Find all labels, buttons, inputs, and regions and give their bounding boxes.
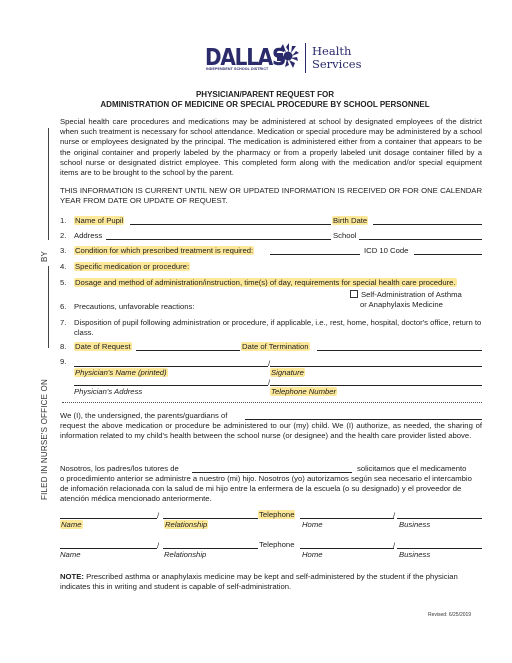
logo-division: Health Services (312, 45, 362, 71)
item-number: 6. (60, 302, 70, 312)
form-title-line1: PHYSICIAN/PARENT REQUEST FOR (40, 90, 490, 99)
signature-field[interactable] (270, 366, 482, 367)
telephone-number-label: Telephone Number (270, 387, 337, 396)
margin-by-line[interactable] (48, 128, 49, 240)
dallas-wordmark: DALLAS INDEPENDENT SCHOOL DISTRICT (205, 41, 297, 75)
slash-separator: / (157, 511, 163, 521)
physician-address-label: Physician's Address (74, 387, 254, 397)
revised-date: Revised: 6/25/2019 (428, 612, 471, 618)
guardian1-home-label: Home (302, 520, 362, 530)
guardian1-name-field[interactable] (60, 518, 157, 519)
guardian1-name-label: Name (60, 520, 83, 529)
form-page: DALLAS INDEPENDENT SCHOOL DISTRICT Healt… (0, 0, 512, 663)
guardian1-relationship-field[interactable] (163, 518, 258, 519)
precautions-label: Precautions, unfavorable reactions: (74, 302, 482, 312)
guardian2-relationship-field[interactable] (163, 548, 258, 549)
parent-consent-spanish: o procedimiento anterior se administre a… (60, 474, 482, 505)
note-text: Prescribed asthma or anaphylaxis medicin… (60, 572, 458, 591)
birth-date-label: Birth Date (332, 216, 368, 225)
note-label: NOTE: (60, 572, 84, 581)
logo-subtitle: INDEPENDENT SCHOOL DISTRICT (206, 67, 268, 71)
name-of-pupil-label: Name of Pupil (74, 216, 124, 225)
parent-consent-lead-text: We (I), the undersigned, the parents/gua… (60, 411, 227, 420)
item-number: 2. (60, 231, 70, 241)
icd-code-field[interactable] (414, 254, 482, 255)
date-of-termination-label: Date of Termination (241, 342, 310, 351)
item-number: 4. (60, 262, 70, 272)
physician-name-field[interactable] (74, 366, 268, 367)
telephone-number-field[interactable] (270, 385, 482, 386)
slash-separator: / (157, 541, 163, 551)
guardian1-telephone-label: Telephone (258, 510, 295, 519)
name-of-pupil-field[interactable] (130, 224, 331, 225)
validity-notice: THIS INFORMATION IS CURRENT UNTIL NEW OR… (60, 186, 482, 206)
self-admin-checkbox[interactable] (350, 290, 358, 298)
telephone-number-wrap: Telephone Number (270, 387, 390, 397)
date-of-termination-field[interactable] (317, 350, 482, 351)
date-of-request-field[interactable] (136, 350, 240, 351)
star-burst-icon (277, 43, 299, 69)
signature-wrap: Signature (270, 368, 390, 378)
item-number: 9. (60, 357, 70, 367)
birth-date-field[interactable] (373, 224, 482, 225)
child-name-field-english[interactable] (245, 419, 482, 420)
condition-field[interactable] (270, 254, 360, 255)
date-of-request-label: Date of Request (74, 342, 132, 351)
parent-consent-spanish-lead: Nosotros, los padres/los tutores de (60, 464, 179, 473)
signature-label: Signature (270, 368, 305, 377)
physician-name-wrap: Physician's Name (printed) (74, 368, 254, 378)
cut-line-divider (62, 402, 482, 403)
note-paragraph: NOTE: Prescribed asthma or anaphylaxis m… (60, 572, 475, 592)
parent-consent-english: request the above medication or procedur… (60, 421, 482, 441)
disposition-label: Disposition of pupil following administr… (74, 318, 482, 338)
guardian1-relationship-label: Relationship (164, 520, 208, 529)
margin-filed-on-line[interactable] (48, 266, 49, 348)
physician-address-field[interactable] (74, 385, 268, 386)
item-number: 3. (60, 246, 70, 256)
item-number: 7. (60, 318, 70, 328)
item-number: 8. (60, 342, 70, 352)
item-number: 5. (60, 278, 70, 288)
child-name-field-spanish[interactable] (192, 472, 352, 473)
guardian1-relationship-wrap: Relationship (164, 520, 244, 530)
item-number: 1. (60, 216, 70, 226)
guardian1-business-label: Business (399, 520, 459, 530)
parent-consent-spanish-after: solicitamos que el medicamento (357, 464, 487, 474)
address-field[interactable] (106, 239, 331, 240)
intro-paragraph: Special health care procedures and medic… (60, 117, 482, 178)
margin-filed-label: FILED IN NURSE'S OFFICE ON (40, 379, 49, 500)
dosage-label: Dosage and method of administration/inst… (74, 278, 457, 287)
physician-name-label: Physician's Name (printed) (74, 368, 168, 377)
guardian2-home-phone-field[interactable] (300, 548, 394, 549)
guardian1-business-phone-field[interactable] (397, 518, 482, 519)
guardian2-business-phone-field[interactable] (397, 548, 482, 549)
guardian2-business-label: Business (399, 550, 459, 560)
form-title-line2: ADMINISTRATION OF MEDICINE OR SPECIAL PR… (40, 100, 490, 109)
condition-label: Condition for which prescribed treatment… (74, 246, 254, 255)
logo-divider (305, 43, 306, 73)
margin-by-label: BY (40, 251, 49, 262)
guardian1-home-phone-field[interactable] (300, 518, 394, 519)
guardian2-name-field[interactable] (60, 548, 157, 549)
self-admin-label-line1: Self-Administration of Asthma (361, 290, 462, 299)
guardian1-name-wrap: Name (60, 520, 120, 530)
guardian2-name-label: Name (60, 550, 120, 560)
logo-division-line2: Services (312, 58, 362, 71)
medication-label: Specific medication or procedure: (74, 262, 190, 271)
guardian2-home-label: Home (302, 550, 362, 560)
dallas-isd-health-services-logo: DALLAS INDEPENDENT SCHOOL DISTRICT Healt… (205, 38, 362, 78)
guardian2-relationship-label: Relationship (164, 550, 244, 560)
school-field[interactable] (359, 239, 482, 240)
